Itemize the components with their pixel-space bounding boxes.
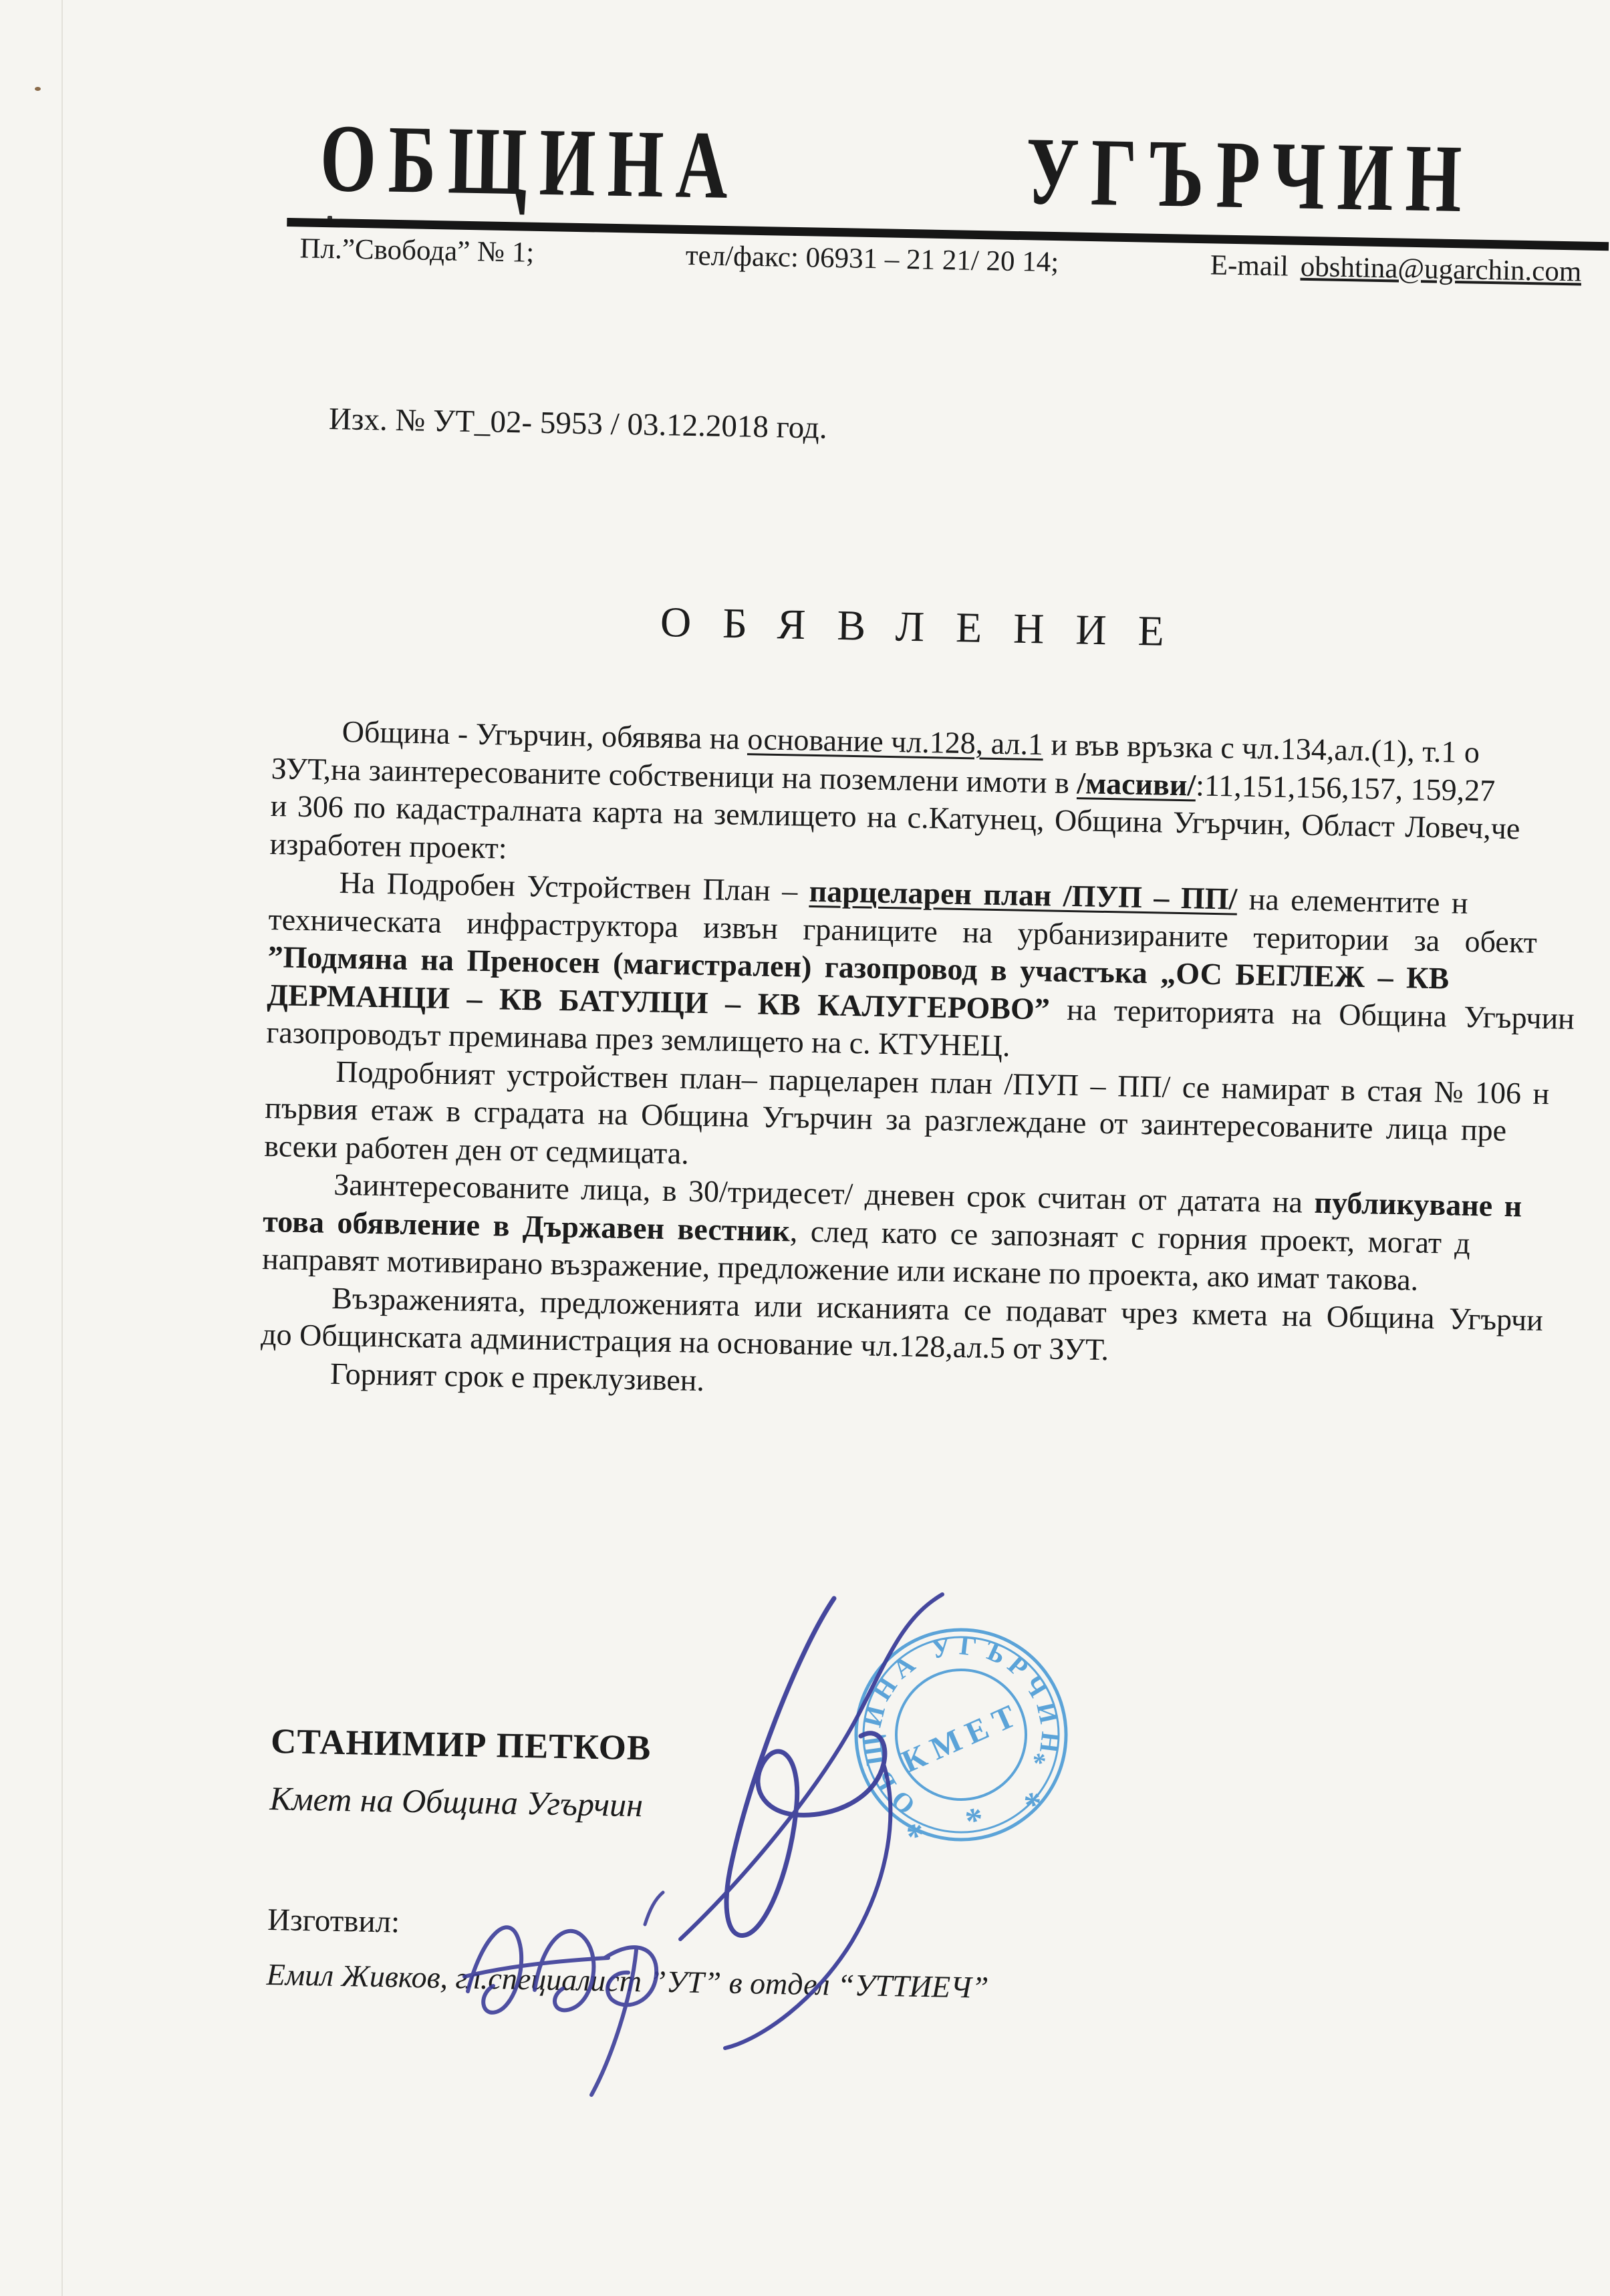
letterhead: ОБЩИНА УГЪРЧИН Пл.”Свобода” № 1; тел/фак… (286, 131, 1610, 289)
text-run: това обявление в Държавен вестник (263, 1203, 790, 1247)
email-label: E-mail (1210, 249, 1289, 282)
text-run: На Подробен Устройствен План – (339, 865, 809, 908)
org-name-left: ОБЩИНА (319, 104, 741, 223)
text-run: /масиви/ (1077, 766, 1196, 802)
text-run: изработен проект: (269, 827, 507, 865)
paper-speck (35, 87, 41, 91)
text-run: публикуване н (1314, 1185, 1522, 1224)
prepared-by-name: Емил Живков, гл.специалист ”УТ” в отдел … (266, 1957, 1202, 2009)
text-run: Община - Угърчин, обявява на (342, 714, 748, 756)
email-address: obshtina@ugarchin.com (1300, 251, 1581, 288)
text-run: на елементите н (1237, 882, 1468, 920)
reference-number-line: Изх. № УТ_02- 5953 / 03.12.2018 год. (329, 401, 828, 446)
text-run: всеки работен ден от седмицата. (264, 1128, 689, 1170)
text-run: Горният срок е преклузивен. (330, 1356, 705, 1397)
document-body: Община - Угърчин, обявява на основание ч… (260, 712, 1610, 1417)
org-name-right: УГЪРЧИН (1025, 116, 1475, 235)
org-address: Пл.”Свобода” № 1; (299, 232, 535, 269)
text-run: и във връзка с чл.134,ал.(1), т.1 о (1043, 727, 1480, 769)
paper-crease-line (61, 0, 63, 2296)
signatory-name: СТАНИМИР ПЕТКОВ (271, 1721, 1207, 1779)
prepared-by-label: Изготвил: (267, 1902, 1204, 1955)
signature-block: СТАНИМИР ПЕТКОВ Кмет на Община Угърчин И… (266, 1721, 1206, 2009)
text-run: парцеларен план /ПУП – ПП/ (809, 874, 1237, 916)
text-run: основание чл.128, ал.1 (747, 722, 1044, 761)
document-title: ОБЯВЛЕНИЕ (660, 597, 1196, 657)
signatory-role: Кмет на Община Угърчин (269, 1779, 1206, 1835)
organization-name: ОБЩИНА УГЪРЧИН (319, 104, 1475, 236)
text-run: на територията на Община Угърчин (1049, 992, 1575, 1035)
text-run: :11,151,156,157, 159,27 (1196, 768, 1496, 807)
scanned-document-page: ОБЩИНА УГЪРЧИН Пл.”Свобода” № 1; тел/фак… (0, 0, 1610, 2296)
org-email-line: E-mailobshtina@ugarchin.com (1210, 249, 1581, 288)
org-phone: тел/факс: 06931 – 21 21/ 20 14; (685, 239, 1059, 279)
